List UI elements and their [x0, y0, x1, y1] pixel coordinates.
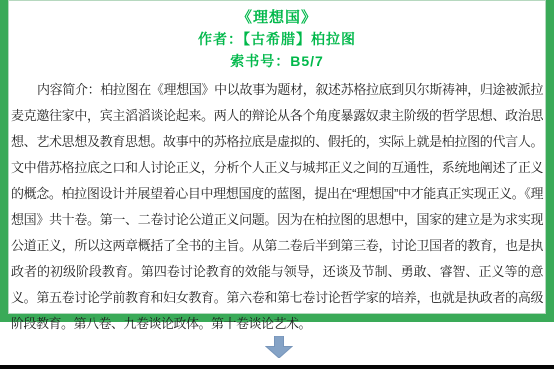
- bottom-divider-line: [0, 365, 554, 369]
- card-header: 《理想国》 作者：【古希腊】柏拉图 索书号：B5/7: [8, 0, 546, 72]
- down-arrow-icon: [265, 336, 293, 358]
- document-page: 《理想国》 作者：【古希腊】柏拉图 索书号：B5/7 内容简介：柏拉图在《理想国…: [0, 0, 554, 369]
- call-number-line: 索书号：B5/7: [8, 50, 546, 72]
- summary-paragraph: 内容简介：柏拉图在《理想国》中以故事为题材，叙述苏格拉底到贝尔斯祷神，归途被派拉…: [11, 77, 543, 337]
- author-line: 作者：【古希腊】柏拉图: [8, 28, 546, 50]
- book-title: 《理想国》: [8, 7, 546, 28]
- book-intro-card: 《理想国》 作者：【古希腊】柏拉图 索书号：B5/7 内容简介：柏拉图在《理想国…: [0, 0, 554, 322]
